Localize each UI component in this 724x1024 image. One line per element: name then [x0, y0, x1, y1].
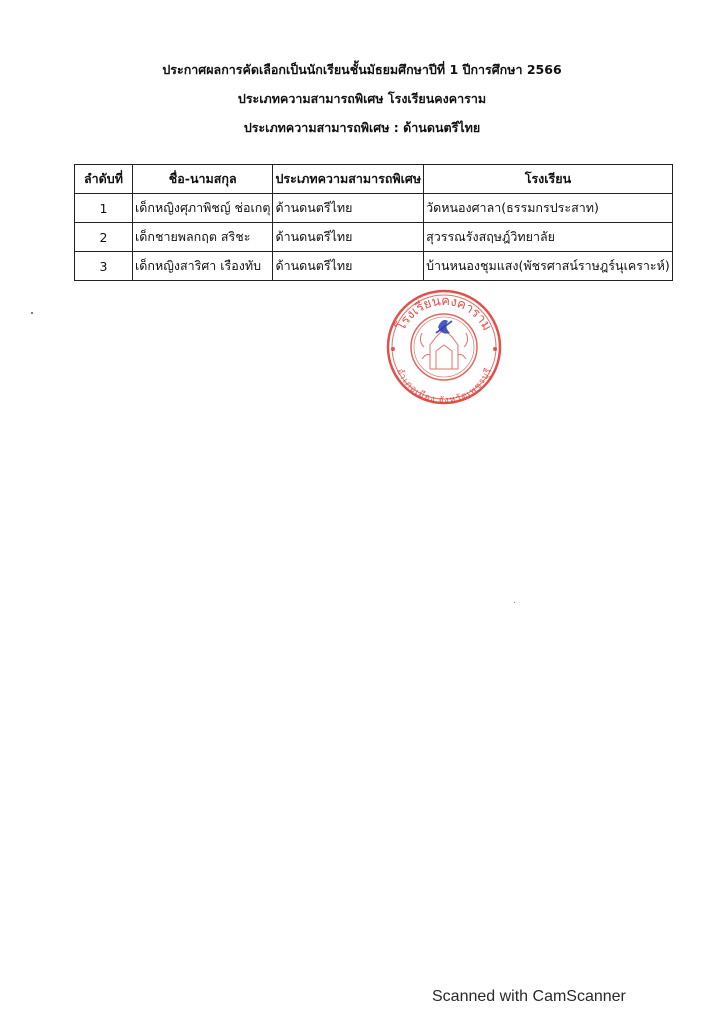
table-row: 3 เด็กหญิงสาริศา เรืองทับ ด้านดนตรีไทย บ… — [75, 252, 673, 281]
camscanner-watermark: Scanned with CamScanner — [432, 988, 626, 1006]
scan-speck — [31, 312, 33, 314]
table-row: 2 เด็กชายพลกฤต สริชะ ด้านดนตรีไทย สุวรรณ… — [75, 223, 673, 252]
cell-category: ด้านดนตรีไทย — [273, 223, 424, 252]
scan-speck — [514, 602, 515, 603]
school-seal-stamp-icon: โรงเรียนคงคาราม อำเภอเมือง จังหวัดเพชรบุ… — [384, 287, 504, 405]
cell-no: 3 — [75, 252, 133, 281]
cell-no: 1 — [75, 194, 133, 223]
cell-category: ด้านดนตรีไทย — [273, 252, 424, 281]
results-table: ลำดับที่ ชื่อ-นามสกุล ประเภทความสามารถพิ… — [74, 164, 673, 281]
announcement-category: ประเภทความสามารถพิเศษ : ด้านดนตรีไทย — [0, 118, 724, 138]
header-category: ประเภทความสามารถพิเศษ — [273, 165, 424, 194]
table-header-row: ลำดับที่ ชื่อ-นามสกุล ประเภทความสามารถพิ… — [75, 165, 673, 194]
cell-name: เด็กหญิงสาริศา เรืองทับ — [133, 252, 273, 281]
cell-school: วัดหนองศาลา(ธรรมกรประสาท) — [424, 194, 673, 223]
cell-name: เด็กชายพลกฤต สริชะ — [133, 223, 273, 252]
header-no: ลำดับที่ — [75, 165, 133, 194]
cell-name: เด็กหญิงศุภาพิชญ์ ช่อเกตุ — [133, 194, 273, 223]
cell-school: สุวรรณรังสฤษฎ์วิทยาลัย — [424, 223, 673, 252]
table-row: 1 เด็กหญิงศุภาพิชญ์ ช่อเกตุ ด้านดนตรีไทย… — [75, 194, 673, 223]
announcement-title: ประกาศผลการคัดเลือกเป็นนักเรียนชั้นมัธยม… — [0, 60, 724, 80]
cell-no: 2 — [75, 223, 133, 252]
cell-school: บ้านหนองชุมแสง(พัชรศาสน์ราษฎร์นุเคราะห์) — [424, 252, 673, 281]
header-name: ชื่อ-นามสกุล — [133, 165, 273, 194]
cell-category: ด้านดนตรีไทย — [273, 194, 424, 223]
announcement-subtitle: ประเภทความสามารถพิเศษ โรงเรียนคงคาราม — [0, 89, 724, 109]
header-school: โรงเรียน — [424, 165, 673, 194]
